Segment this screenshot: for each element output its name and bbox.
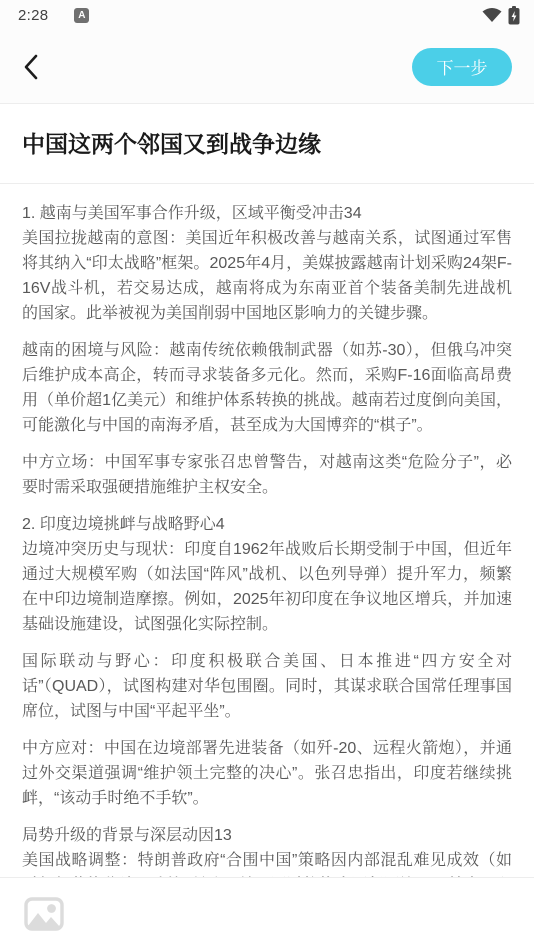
title-section: 中国这两个邻国又到战争边缘 <box>0 105 534 184</box>
status-bar: 2:28 A <box>0 0 534 30</box>
battery-charging-icon <box>508 6 520 25</box>
insert-image-button[interactable] <box>22 892 66 936</box>
article-paragraph: 中方应对：中国在边境部署先进装备（如歼-20、远程火箭炮），并通过外交渠道强调“… <box>22 736 512 811</box>
next-step-button[interactable]: 下一步 <box>412 48 512 86</box>
article-paragraph: 越南的困境与风险：越南传统依赖俄制武器（如苏-30），但俄乌冲突后维护成本高企，… <box>22 338 512 438</box>
editor-header: 下一步 <box>0 30 534 104</box>
article-paragraph: 局势升级的背景与深层动因13 美国战略调整：特朗普政府“合围中国”策略因内部混乱… <box>22 823 512 877</box>
wifi-icon <box>482 7 502 23</box>
article-title-input[interactable]: 中国这两个邻国又到战争边缘 <box>22 129 321 159</box>
article-paragraph: 中方立场：中国军事专家张召忠曾警告，对越南这类“危险分子”，必要时需采取强硬措施… <box>22 450 512 500</box>
article-body-editor[interactable]: 1. 越南与美国军事合作升级，区域平衡受冲击34 美国拉拢越南的意图：美国近年积… <box>0 185 534 877</box>
article-paragraph: 1. 越南与美国军事合作升级，区域平衡受冲击34 美国拉拢越南的意图：美国近年积… <box>22 201 512 326</box>
article-paragraph: 国际联动与野心：印度积极联合美国、日本推进“四方安全对话”（QUAD），试图构建… <box>22 649 512 724</box>
chevron-left-icon <box>22 53 40 81</box>
article-paragraph: 2. 印度边境挑衅与战略野心4 边境冲突历史与现状：印度自1962年战败后长期受… <box>22 512 512 637</box>
app-notification-icon: A <box>74 8 89 23</box>
image-placeholder-icon <box>22 892 66 936</box>
clock-text: 2:28 <box>18 7 48 24</box>
editor-toolbar <box>0 877 534 950</box>
back-button[interactable] <box>22 52 48 82</box>
status-right-icons <box>482 6 520 25</box>
app-screen: 2:28 A 下一步 <box>0 0 534 950</box>
